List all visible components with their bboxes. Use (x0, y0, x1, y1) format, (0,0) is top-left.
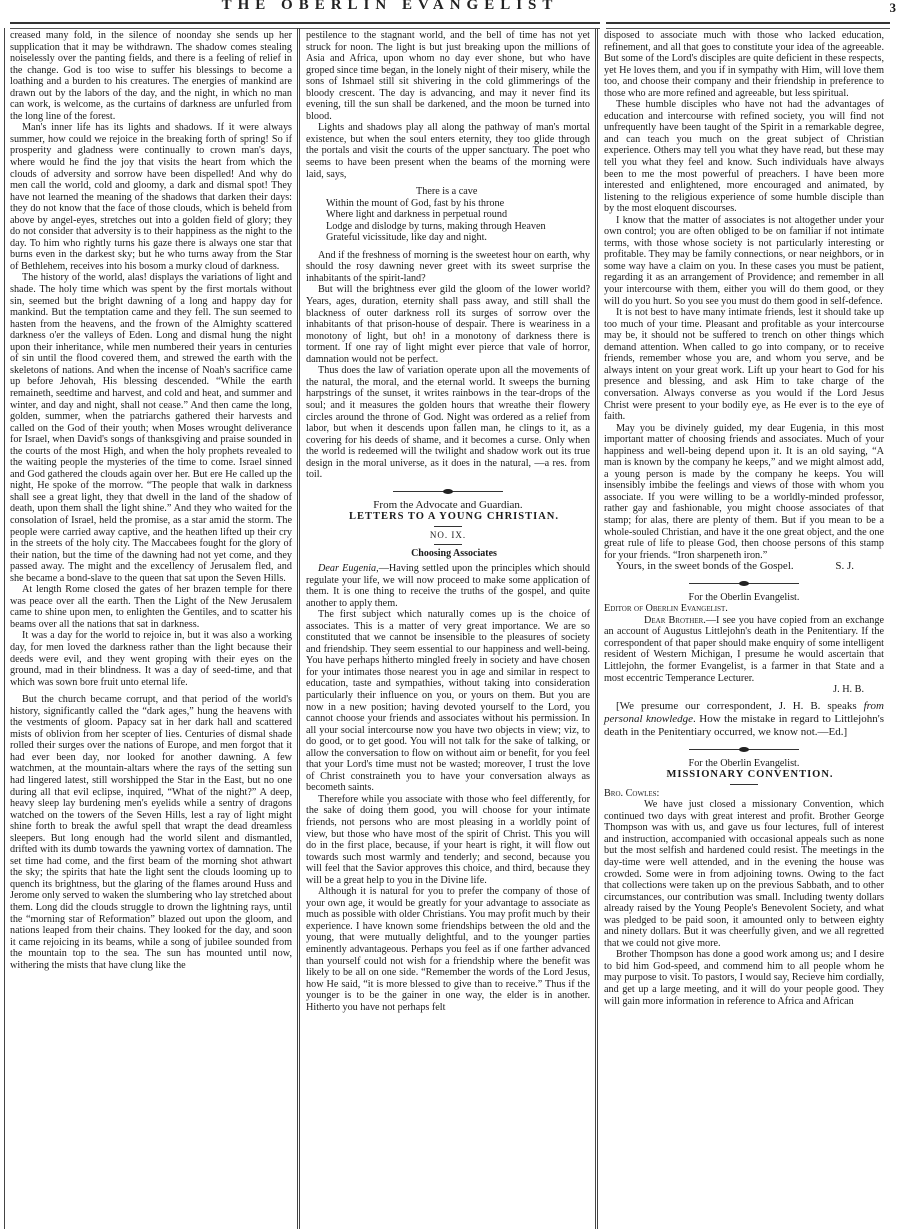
section-separator (393, 491, 503, 492)
newspaper-title: THE OBERLIN EVANGELIST (0, 0, 900, 14)
paragraph: The first subject which naturally comes … (306, 609, 590, 794)
signature: J. H. B. (604, 684, 884, 696)
header-rule-left (10, 22, 600, 29)
column-2: pestilence to the stagnant world, and th… (306, 30, 590, 1013)
column-rule-left-edge (4, 28, 5, 1229)
poem-line: Grateful vicissitude, like day and night… (326, 232, 590, 244)
paragraph: Brother Thompson has done a good work am… (604, 949, 884, 1007)
salutation: Bro. Cowles: (604, 788, 884, 800)
poem-line: Where light and darkness in perpetual ro… (326, 209, 590, 221)
closing-line: Yours, in the sweet bonds of the Gospel.… (604, 561, 884, 573)
salutation: Dear Eugenia, (318, 563, 379, 574)
paragraph: Dear Eugenia,—Having settled upon the pr… (306, 563, 590, 609)
small-rule (434, 526, 462, 527)
paragraph: It was a day for the world to rejoice in… (10, 630, 292, 688)
article-source: From the Advocate and Guardian. (306, 500, 590, 512)
section-separator (689, 749, 799, 750)
paragraph: Although it is natural for you to prefer… (306, 886, 590, 1013)
poem-line: Lodge and dislodge by turns, making thro… (326, 221, 590, 233)
paragraph: But the church became corrupt, and that … (10, 694, 292, 971)
section-separator (689, 583, 799, 584)
paragraph: Thus does the law of variation operate u… (306, 365, 590, 480)
column-1: creased many fold, in the silence of noo… (10, 30, 292, 971)
paragraph: Dear Brother.—I see you have copied from… (604, 615, 884, 684)
paragraph: And if the freshness of morning is the s… (306, 250, 590, 285)
page-number: 3 (890, 0, 897, 16)
article-title: MISSIONARY CONVENTION. (604, 769, 884, 781)
header-rule-right (606, 22, 890, 29)
paragraph: But will the brightness ever gild the gl… (306, 284, 590, 365)
paragraph: Man's inner life has its lights and shad… (10, 122, 292, 272)
paragraph: Therefore while you associate with those… (306, 794, 590, 886)
column-3: disposed to associate much with those wh… (604, 30, 884, 1007)
article-subtitle: Choosing Associates (306, 548, 590, 560)
paragraph: pestilence to the stagnant world, and th… (306, 30, 590, 122)
article-source: For the Oberlin Evangelist. (604, 592, 884, 604)
addressee: Editor of Oberlin Evangelist. (604, 603, 884, 615)
paragraph: At length Rome closed the gates of her b… (10, 584, 292, 630)
paragraph: May you be divinely guided, my dear Euge… (604, 423, 884, 562)
poem-quote: There is a cave Within the mount of God,… (326, 186, 590, 244)
paragraph: It is not best to have many intimate fri… (604, 307, 884, 422)
column-rule-2 (595, 28, 598, 1229)
paragraph: We have just closed a missionary Convent… (604, 799, 884, 949)
small-rule (434, 544, 462, 545)
paragraph: creased many fold, in the silence of noo… (10, 30, 292, 122)
paragraph: These humble disciples who have not had … (604, 99, 884, 214)
salutation: Dear Brother. (644, 615, 706, 626)
poem-line: There is a cave (326, 186, 590, 198)
masthead: THE OBERLIN EVANGELIST 3 (0, 0, 900, 22)
column-rule-1 (297, 28, 300, 1229)
letter-number: NO. IX. (306, 530, 590, 542)
article-source: For the Oberlin Evangelist. (604, 758, 884, 770)
paragraph: The history of the world, alas! displays… (10, 272, 292, 584)
signature: S. J. (823, 561, 884, 573)
paragraph: disposed to associate much with those wh… (604, 30, 884, 99)
editor-note: [We presume our correspondent, J. H. B. … (604, 700, 884, 739)
article-title: LETTERS TO A YOUNG CHRISTIAN. (306, 511, 590, 523)
paragraph: Lights and shadows play all along the pa… (306, 122, 590, 180)
small-rule (730, 784, 758, 785)
poem-line: Within the mount of God, fast by his thr… (326, 198, 590, 210)
paragraph: I know that the matter of associates is … (604, 215, 884, 307)
